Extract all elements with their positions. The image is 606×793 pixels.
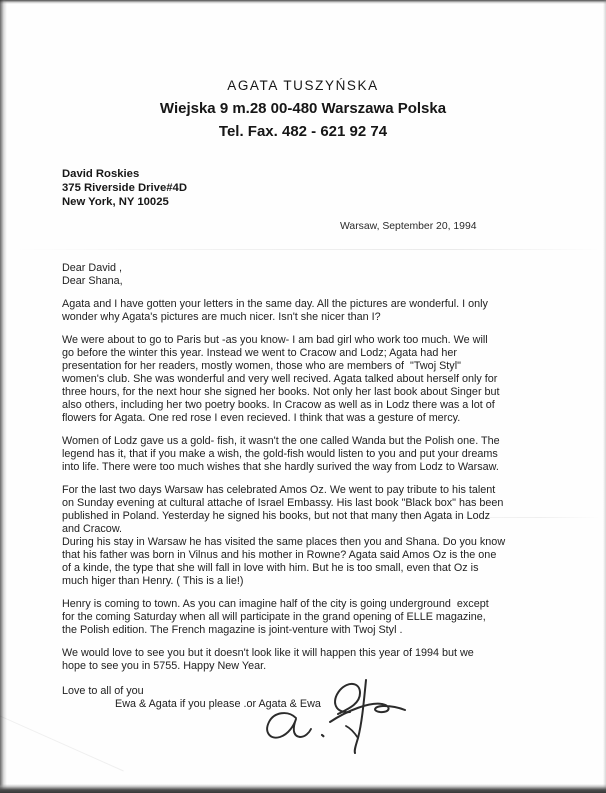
salutation: Dear David , Dear Shana, bbox=[62, 262, 562, 288]
letter-paragraph-2: We were about to go to Paris but -as you… bbox=[62, 334, 562, 425]
letter-paragraph-3: Women of Lodz gave us a gold- fish, it w… bbox=[62, 435, 562, 474]
recipient-address: David Roskies 375 Riverside Drive#4D New… bbox=[62, 168, 187, 209]
letterhead-name: AGATA TUSZYŃSKA bbox=[0, 78, 606, 93]
letter-paragraph-5: Henry is coming to town. As you can imag… bbox=[62, 598, 562, 637]
letter-paragraph-6: We would love to see you but it doesn't … bbox=[62, 647, 562, 673]
letterhead-address: Wiejska 9 m.28 00-480 Warszawa Polska bbox=[0, 100, 606, 117]
letterhead: AGATA TUSZYŃSKA Wiejska 9 m.28 00-480 Wa… bbox=[0, 78, 606, 140]
scanned-letter-page: AGATA TUSZYŃSKA Wiejska 9 m.28 00-480 Wa… bbox=[0, 0, 606, 793]
scan-edge-top bbox=[0, 0, 606, 4]
closing-line: Love to all of you bbox=[62, 685, 562, 698]
letter-paragraph-4: For the last two days Warsaw has celebra… bbox=[62, 484, 562, 588]
paper-crease-diagonal bbox=[0, 710, 124, 772]
dateline: Warsaw, September 20, 1994 bbox=[340, 221, 477, 232]
letter-paragraph-1: Agata and I have gotten your letters in … bbox=[62, 298, 562, 324]
paper-crease-upper bbox=[10, 249, 602, 250]
letterhead-telfax: Tel. Fax. 482 - 621 92 74 bbox=[0, 123, 606, 140]
scan-edge-bottom bbox=[0, 784, 606, 793]
letter-body: Dear David , Dear Shana, Agata and I hav… bbox=[62, 262, 562, 711]
handwritten-initial-signature bbox=[258, 702, 336, 753]
